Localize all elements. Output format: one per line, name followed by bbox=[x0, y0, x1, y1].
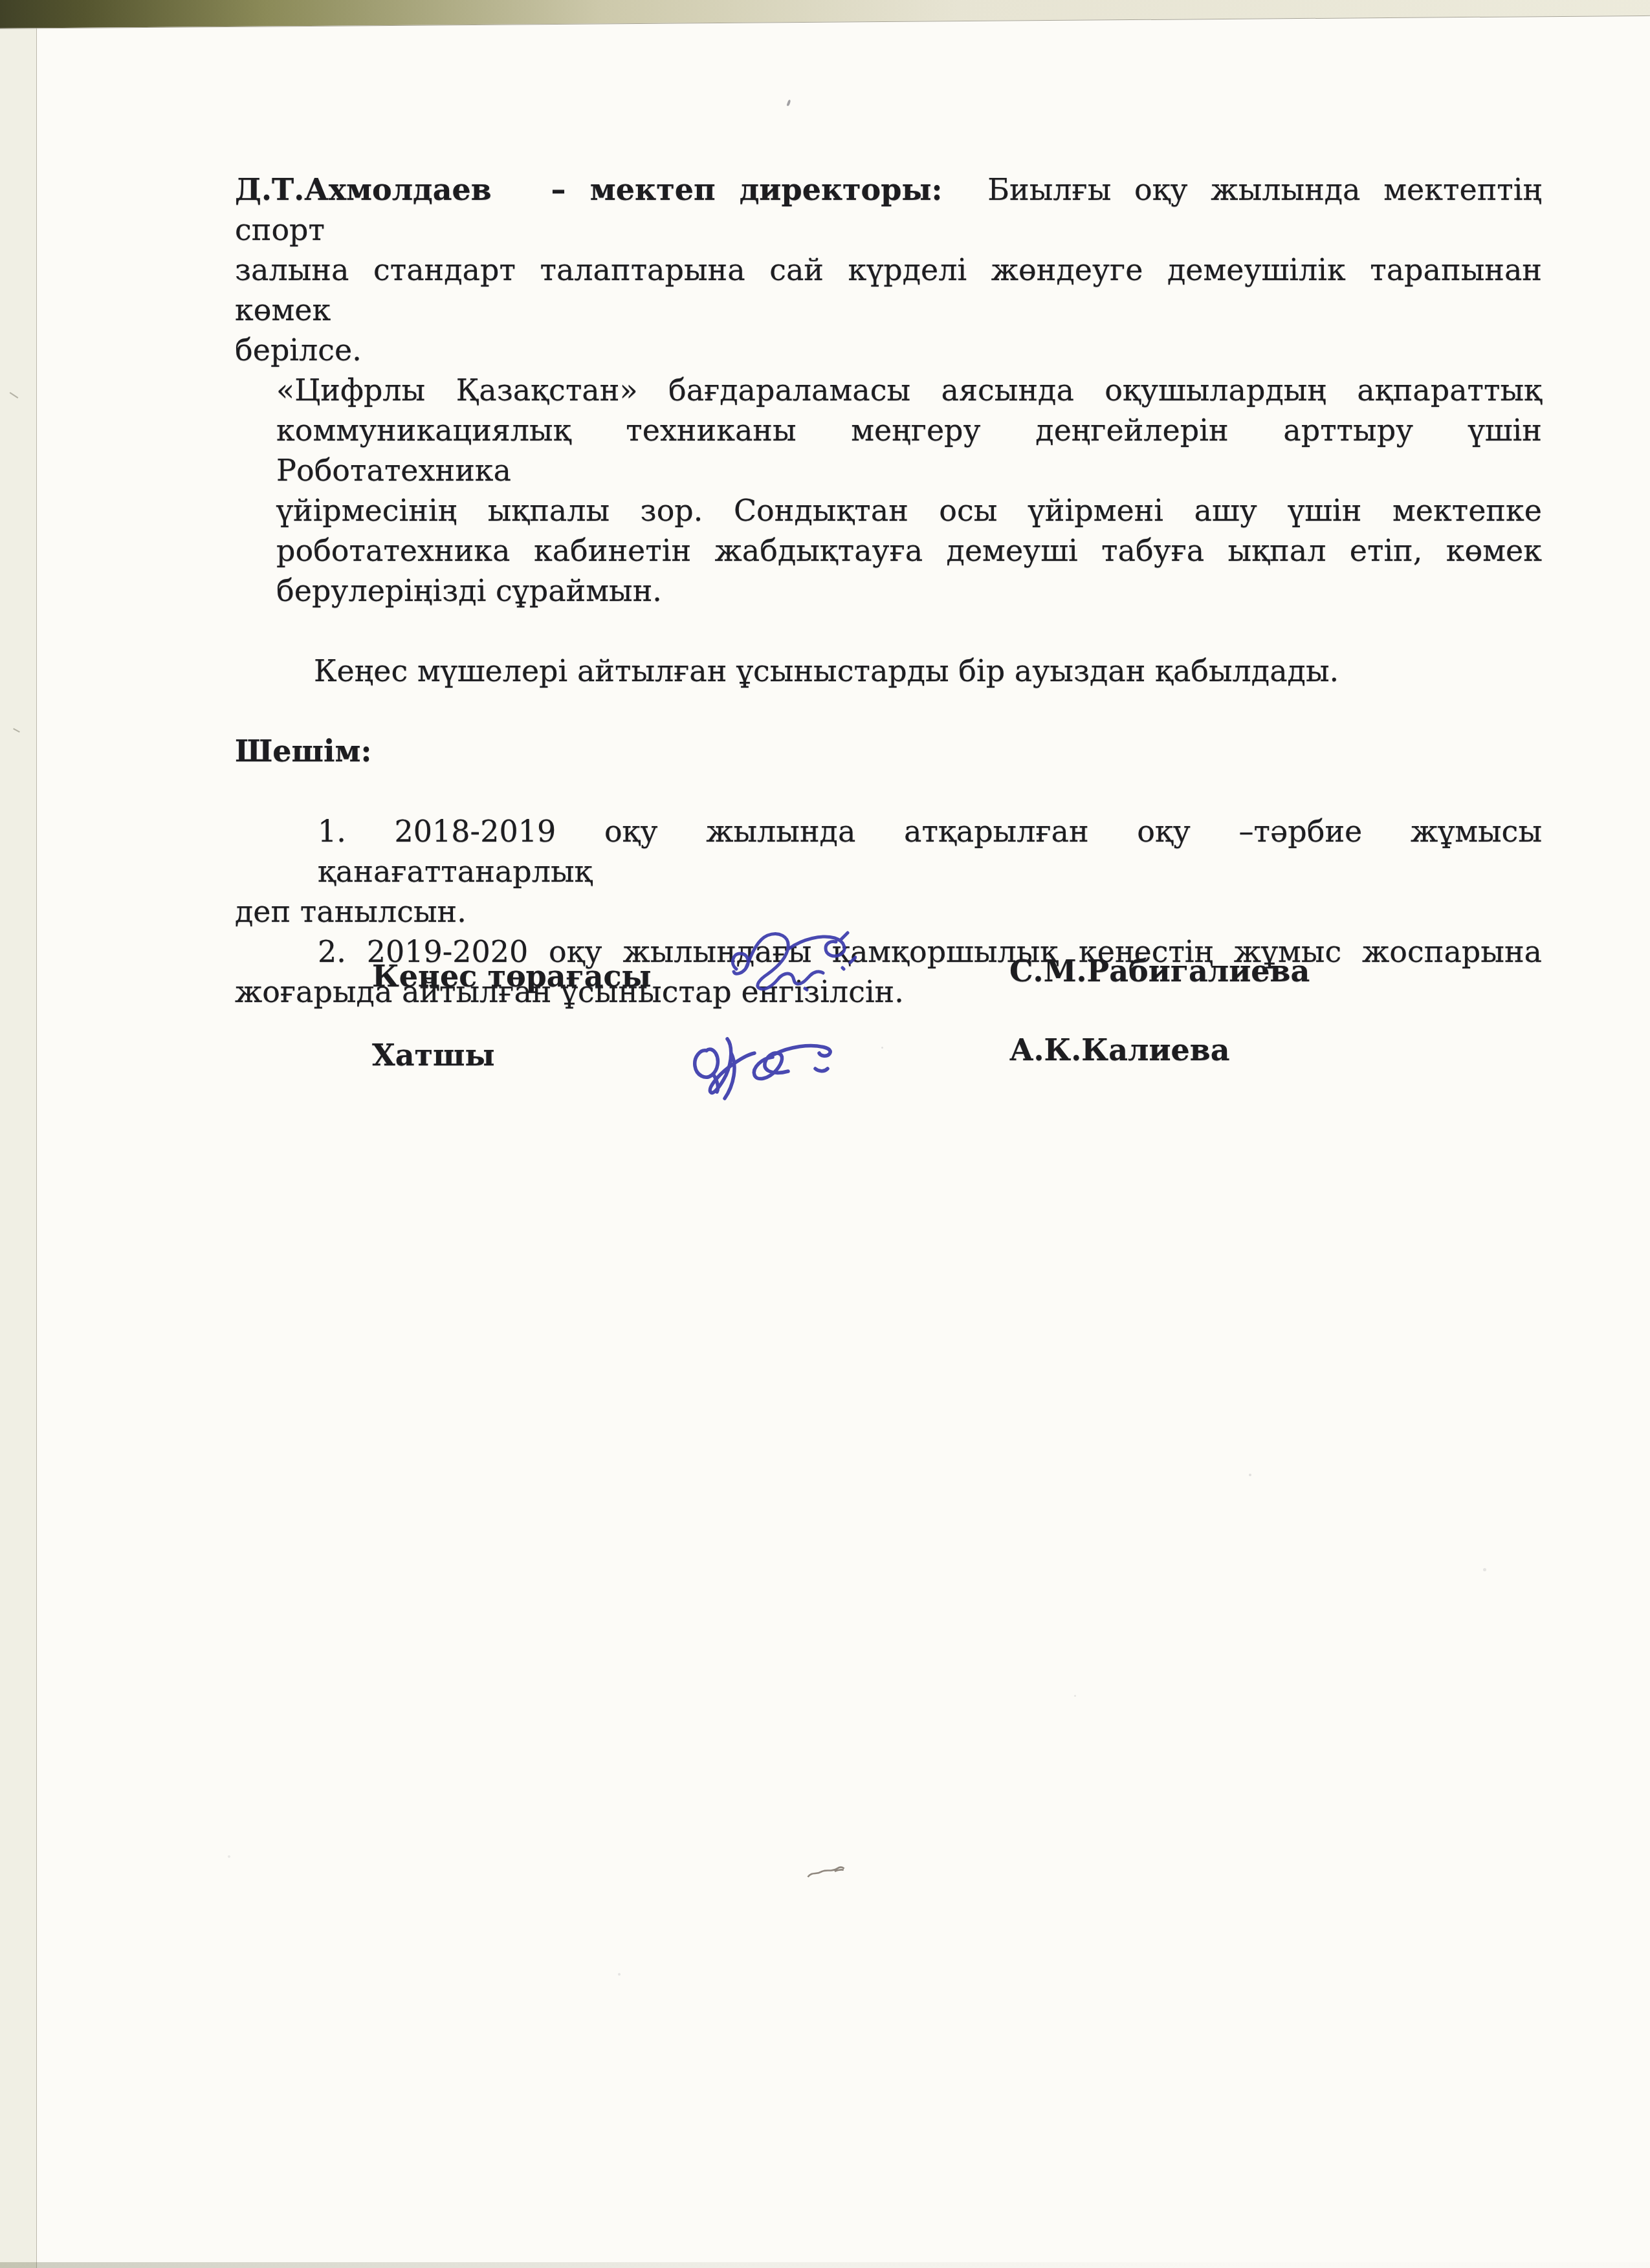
chairman-signature-ink bbox=[727, 929, 857, 997]
document-body: Д.Т.Ахмолдаев – мектеп директоры: Биылғы… bbox=[235, 169, 1542, 1012]
signature-stroke bbox=[732, 934, 823, 989]
proposal-line-5: берулеріңізді сұраймын. bbox=[276, 571, 1542, 611]
speaker-role: – мектеп директоры: bbox=[551, 172, 943, 207]
secretary-name: А.К.Калиева bbox=[1009, 1030, 1230, 1070]
secretary-signature-ink bbox=[691, 1035, 833, 1106]
scan-speck bbox=[1074, 1695, 1076, 1697]
scan-speck bbox=[1249, 1474, 1251, 1476]
decision-item-1-line-2: деп танылсын. bbox=[235, 891, 1542, 932]
chairman-name: С.М.Рабигалиева bbox=[1009, 951, 1310, 991]
speaker-paragraph-line-1: Д.Т.Ахмолдаев – мектеп директоры: Биылғы… bbox=[235, 169, 1542, 250]
proposal-line-1: «Цифрлы Қазақстан» бағдараламасы аясында… bbox=[276, 370, 1542, 410]
proposal-line-4: роботатехника кабинетін жабдықтауға деме… bbox=[276, 530, 1542, 571]
chairman-label: Кеңес төрағасы bbox=[372, 956, 652, 996]
signature-stroke bbox=[754, 1053, 788, 1079]
council-note: Кеңес мүшелері айтылған ұсыныстарды бір … bbox=[235, 651, 1542, 691]
signature-stroke bbox=[695, 1049, 718, 1092]
pencil-scribble bbox=[806, 1864, 847, 1881]
speaker-paragraph-line-2: залына стандарт талаптарына сай күрделі … bbox=[235, 250, 1542, 330]
scan-bottom-edge-band bbox=[0, 2262, 1650, 2268]
scan-speck bbox=[618, 1973, 621, 1976]
proposal-line-2: коммуникациялық техниканы меңгеру деңгей… bbox=[276, 410, 1542, 490]
scanned-document-page: Д.Т.Ахмолдаев – мектеп директоры: Биылғы… bbox=[0, 0, 1650, 2268]
scan-top-edge-band bbox=[0, 0, 1650, 29]
decision-item-1-line-1: 1. 2018-2019 оқу жылында атқарылған оқу … bbox=[235, 811, 1542, 891]
scan-speck bbox=[787, 100, 791, 107]
speaker-paragraph-line-3: берілсе. bbox=[235, 330, 1542, 370]
scan-speck bbox=[881, 1047, 883, 1049]
speaker-name: Д.Т.Ахмолдаев bbox=[235, 172, 492, 207]
pencil-stroke bbox=[808, 1867, 845, 1877]
proposal-line-3: үйірмесінің ықпалы зор. Сондықтан осы үй… bbox=[276, 490, 1542, 530]
scan-left-margin-strip bbox=[0, 0, 37, 2268]
signature-stroke bbox=[789, 933, 848, 956]
scan-speck bbox=[1483, 1568, 1486, 1571]
scan-speck bbox=[228, 1855, 230, 1858]
secretary-label: Хатшы bbox=[372, 1035, 495, 1075]
proposal-paragraph: «Цифрлы Қазақстан» бағдараламасы аясында… bbox=[276, 370, 1542, 611]
decision-heading: Шешім: bbox=[235, 731, 1542, 771]
